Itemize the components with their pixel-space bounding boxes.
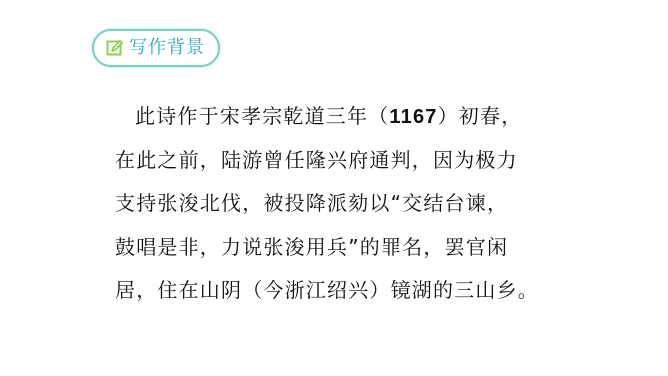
edit-icon [106,39,124,57]
slide: 写作背景 此诗作于宋孝宗乾道三年（1167）初春， 在此之前，陆游曾任隆兴府通判… [0,0,668,376]
section-badge: 写作背景 [92,29,220,67]
paragraph-line-5: 居，住在山阴（今浙江绍兴）镜湖的三山乡。 [115,269,575,313]
paragraph-line-1: 此诗作于宋孝宗乾道三年（1167）初春， [115,95,575,139]
line-1-text-end: ）初春， [438,104,523,128]
paragraph-line-3: 支持张浚北伐，被投降派劾以“交结台谏， [115,182,575,226]
line-1-text-start: 此诗作于宋孝宗乾道三年（ [135,104,389,128]
section-title: 写作背景 [129,31,205,65]
paragraph-line-4: 鼓唱是非，力说张浚用兵”的罪名，罢官闲 [115,226,575,270]
year-value: 1167 [389,106,437,128]
paragraph-line-2: 在此之前，陆游曾任隆兴府通判，因为极力 [115,139,575,183]
background-paragraph: 此诗作于宋孝宗乾道三年（1167）初春， 在此之前，陆游曾任隆兴府通判，因为极力… [115,95,575,313]
